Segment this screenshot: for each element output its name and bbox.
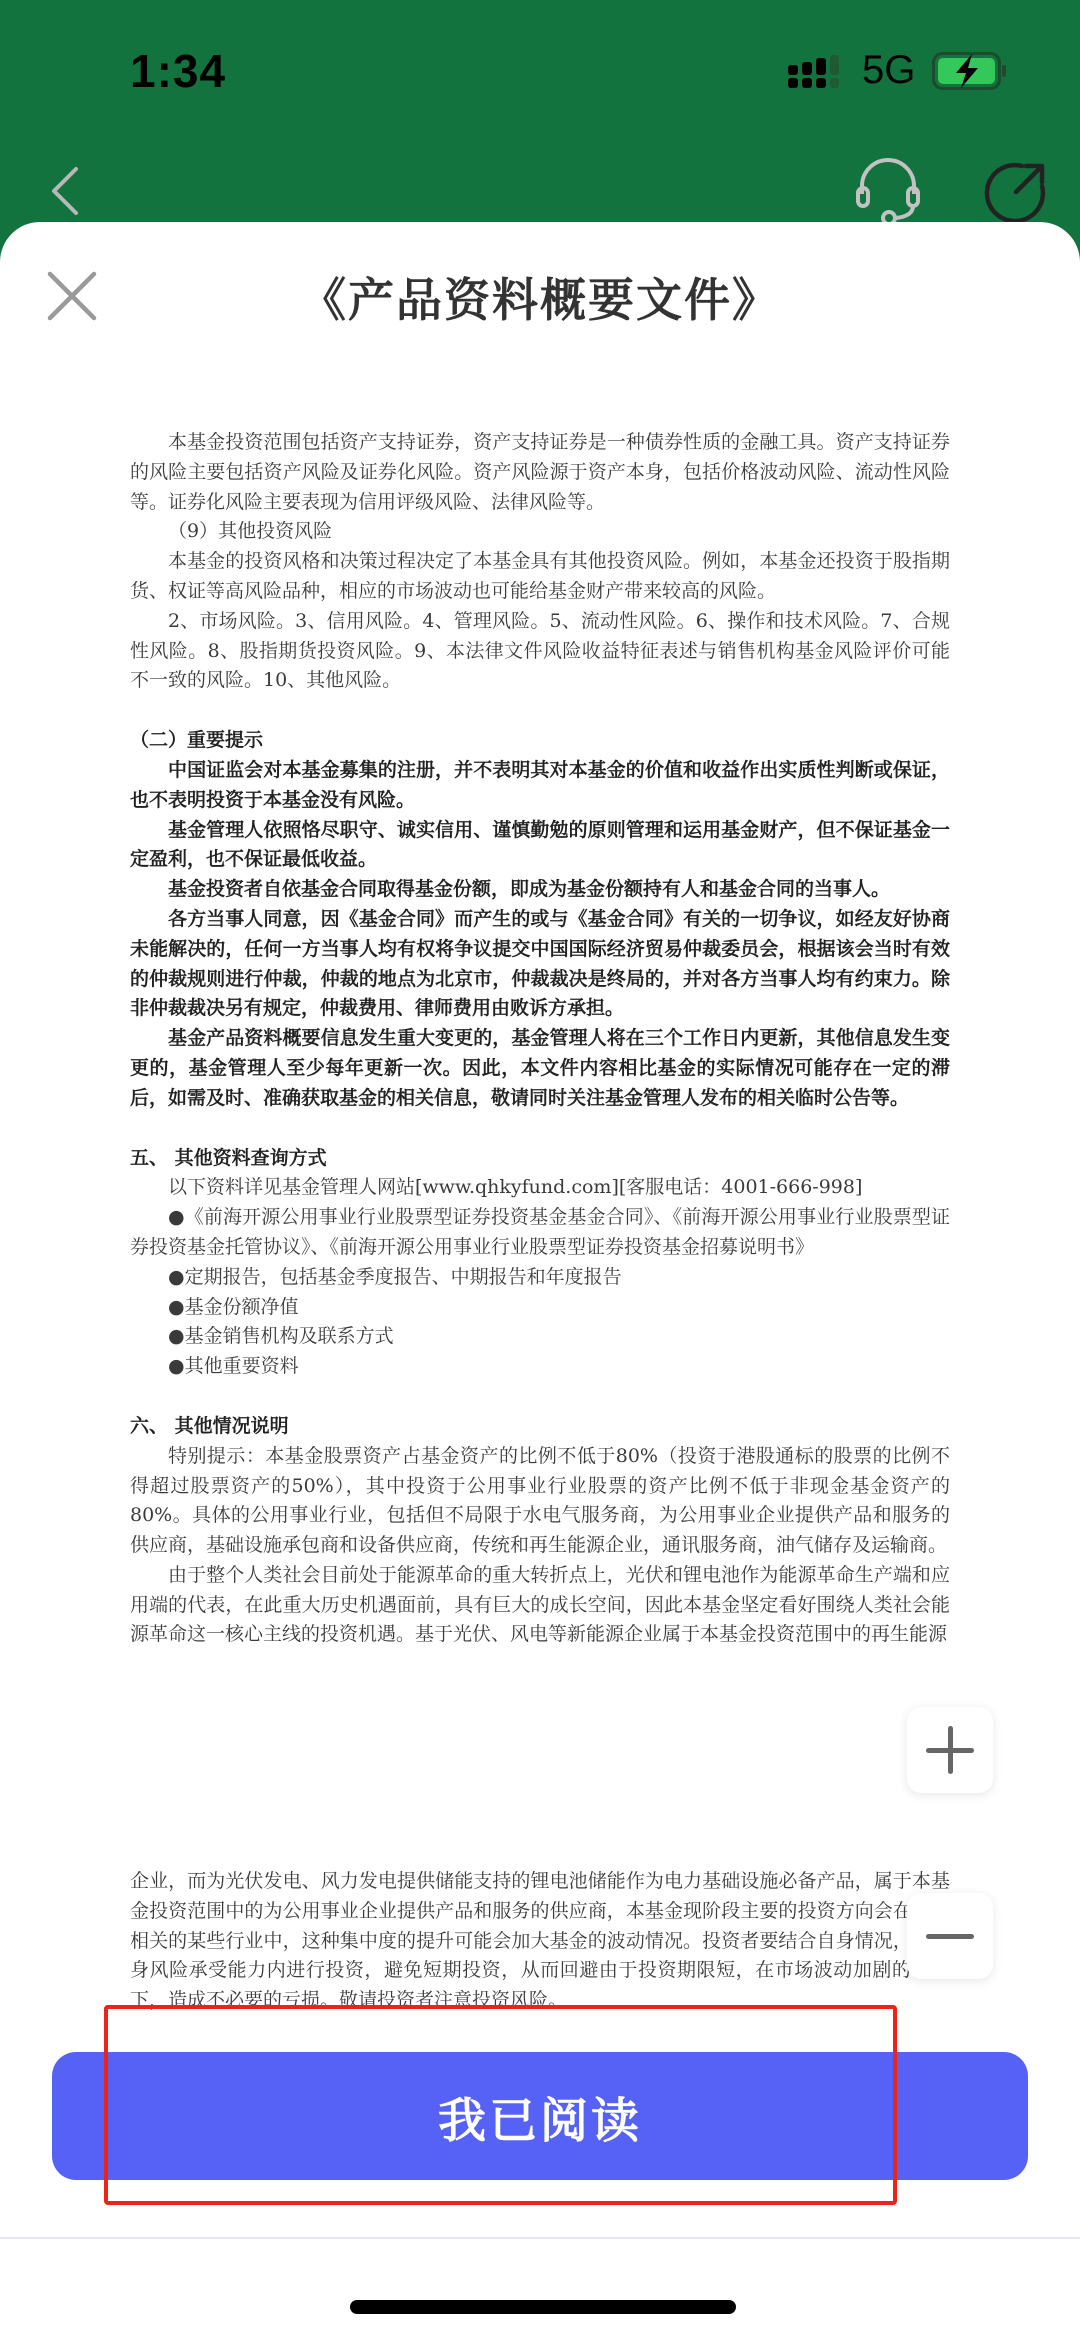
modal-title: 《产品资料概要文件》	[0, 264, 1080, 330]
doc-paragraph: 本基金的投资风格和决策过程决定了本基金具有其他投资风险。例如，本基金还投资于股指…	[130, 547, 950, 607]
doc-subheading: （9）其他投资风险	[130, 517, 950, 547]
doc-paragraph: 以下资料详见基金管理人网站[www.qhkyfund.com][客服电话：400…	[130, 1173, 950, 1203]
battery-charging-icon	[932, 52, 1008, 90]
divider	[0, 2237, 1080, 2239]
confirm-read-button[interactable]: 我已阅读	[52, 2052, 1028, 2180]
zoom-out-button[interactable]	[907, 1893, 993, 1979]
network-type: 5G	[862, 48, 915, 93]
document-page-2[interactable]: 企业，而为光伏发电、风力发电提供储能支持的锂电池储能作为电力基础设施必备产品，属…	[130, 1867, 950, 2016]
status-bar: 1:34 5G	[0, 0, 1080, 140]
nav-bar	[0, 140, 1080, 222]
doc-paragraph: 2、市场风险。3、信用风险。4、管理风险。5、流动性风险。6、操作和技术风险。7…	[130, 607, 950, 696]
doc-paragraph: 基金投资者自依基金合同取得基金份额，即成为基金份额持有人和基金合同的当事人。	[130, 875, 950, 905]
doc-paragraph: 中国证监会对本基金募集的注册，并不表明其对本基金的价值和收益作出实质性判断或保证…	[130, 756, 950, 816]
section-heading-important-notice: （二）重要提示	[130, 726, 950, 756]
doc-list-item: ●基金份额净值	[130, 1293, 950, 1323]
share-icon[interactable]	[982, 160, 1048, 226]
signal-icon	[788, 55, 846, 89]
doc-paragraph: 企业，而为光伏发电、风力发电提供储能支持的锂电池储能作为电力基础设施必备产品，属…	[130, 1867, 950, 2016]
headset-icon[interactable]	[856, 154, 920, 224]
doc-paragraph: 基金管理人依照恪尽职守、诚实信用、谨慎勤勉的原则管理和运用基金财产，但不保证基金…	[130, 816, 950, 876]
doc-paragraph: 本基金投资范围包括资产支持证券，资产支持证券是一种债券性质的金融工具。资产支持证…	[130, 428, 950, 517]
status-time: 1:34	[130, 44, 226, 98]
doc-paragraph: 基金产品资料概要信息发生重大变更的，基金管理人将在三个工作日内更新，其他信息发生…	[130, 1024, 950, 1113]
doc-list-item: ●定期报告，包括基金季度报告、中期报告和年度报告	[130, 1263, 950, 1293]
document-modal: 《产品资料概要文件》 本基金投资范围包括资产支持证券，资产支持证券是一种债券性质…	[0, 222, 1080, 2337]
doc-paragraph: 特别提示：本基金股票资产占基金资产的比例不低于80%（投资于港股通标的股票的比例…	[130, 1442, 950, 1561]
doc-paragraph: 各方当事人同意，因《基金合同》而产生的或与《基金合同》有关的一切争议，如经友好协…	[130, 905, 950, 1024]
doc-list-item: ●《前海开源公用事业行业股票型证券投资基金基金合同》、《前海开源公用事业行业股票…	[130, 1203, 950, 1263]
section-heading-other-notes: 六、 其他情况说明	[130, 1412, 950, 1442]
doc-list-item: ●基金销售机构及联系方式	[130, 1322, 950, 1352]
zoom-in-button[interactable]	[907, 1707, 993, 1793]
doc-paragraph: 由于整个人类社会目前处于能源革命的重大转折点上，光伏和锂电池作为能源革命生产端和…	[130, 1561, 950, 1650]
document-page-1[interactable]: 本基金投资范围包括资产支持证券，资产支持证券是一种债券性质的金融工具。资产支持证…	[130, 428, 950, 1650]
minus-icon	[926, 1934, 974, 1939]
doc-list-item: ●其他重要资料	[130, 1352, 950, 1382]
home-indicator[interactable]	[350, 2300, 736, 2314]
chevron-left-icon[interactable]	[46, 165, 82, 217]
section-heading-other-info-query: 五、 其他资料查询方式	[130, 1144, 950, 1174]
